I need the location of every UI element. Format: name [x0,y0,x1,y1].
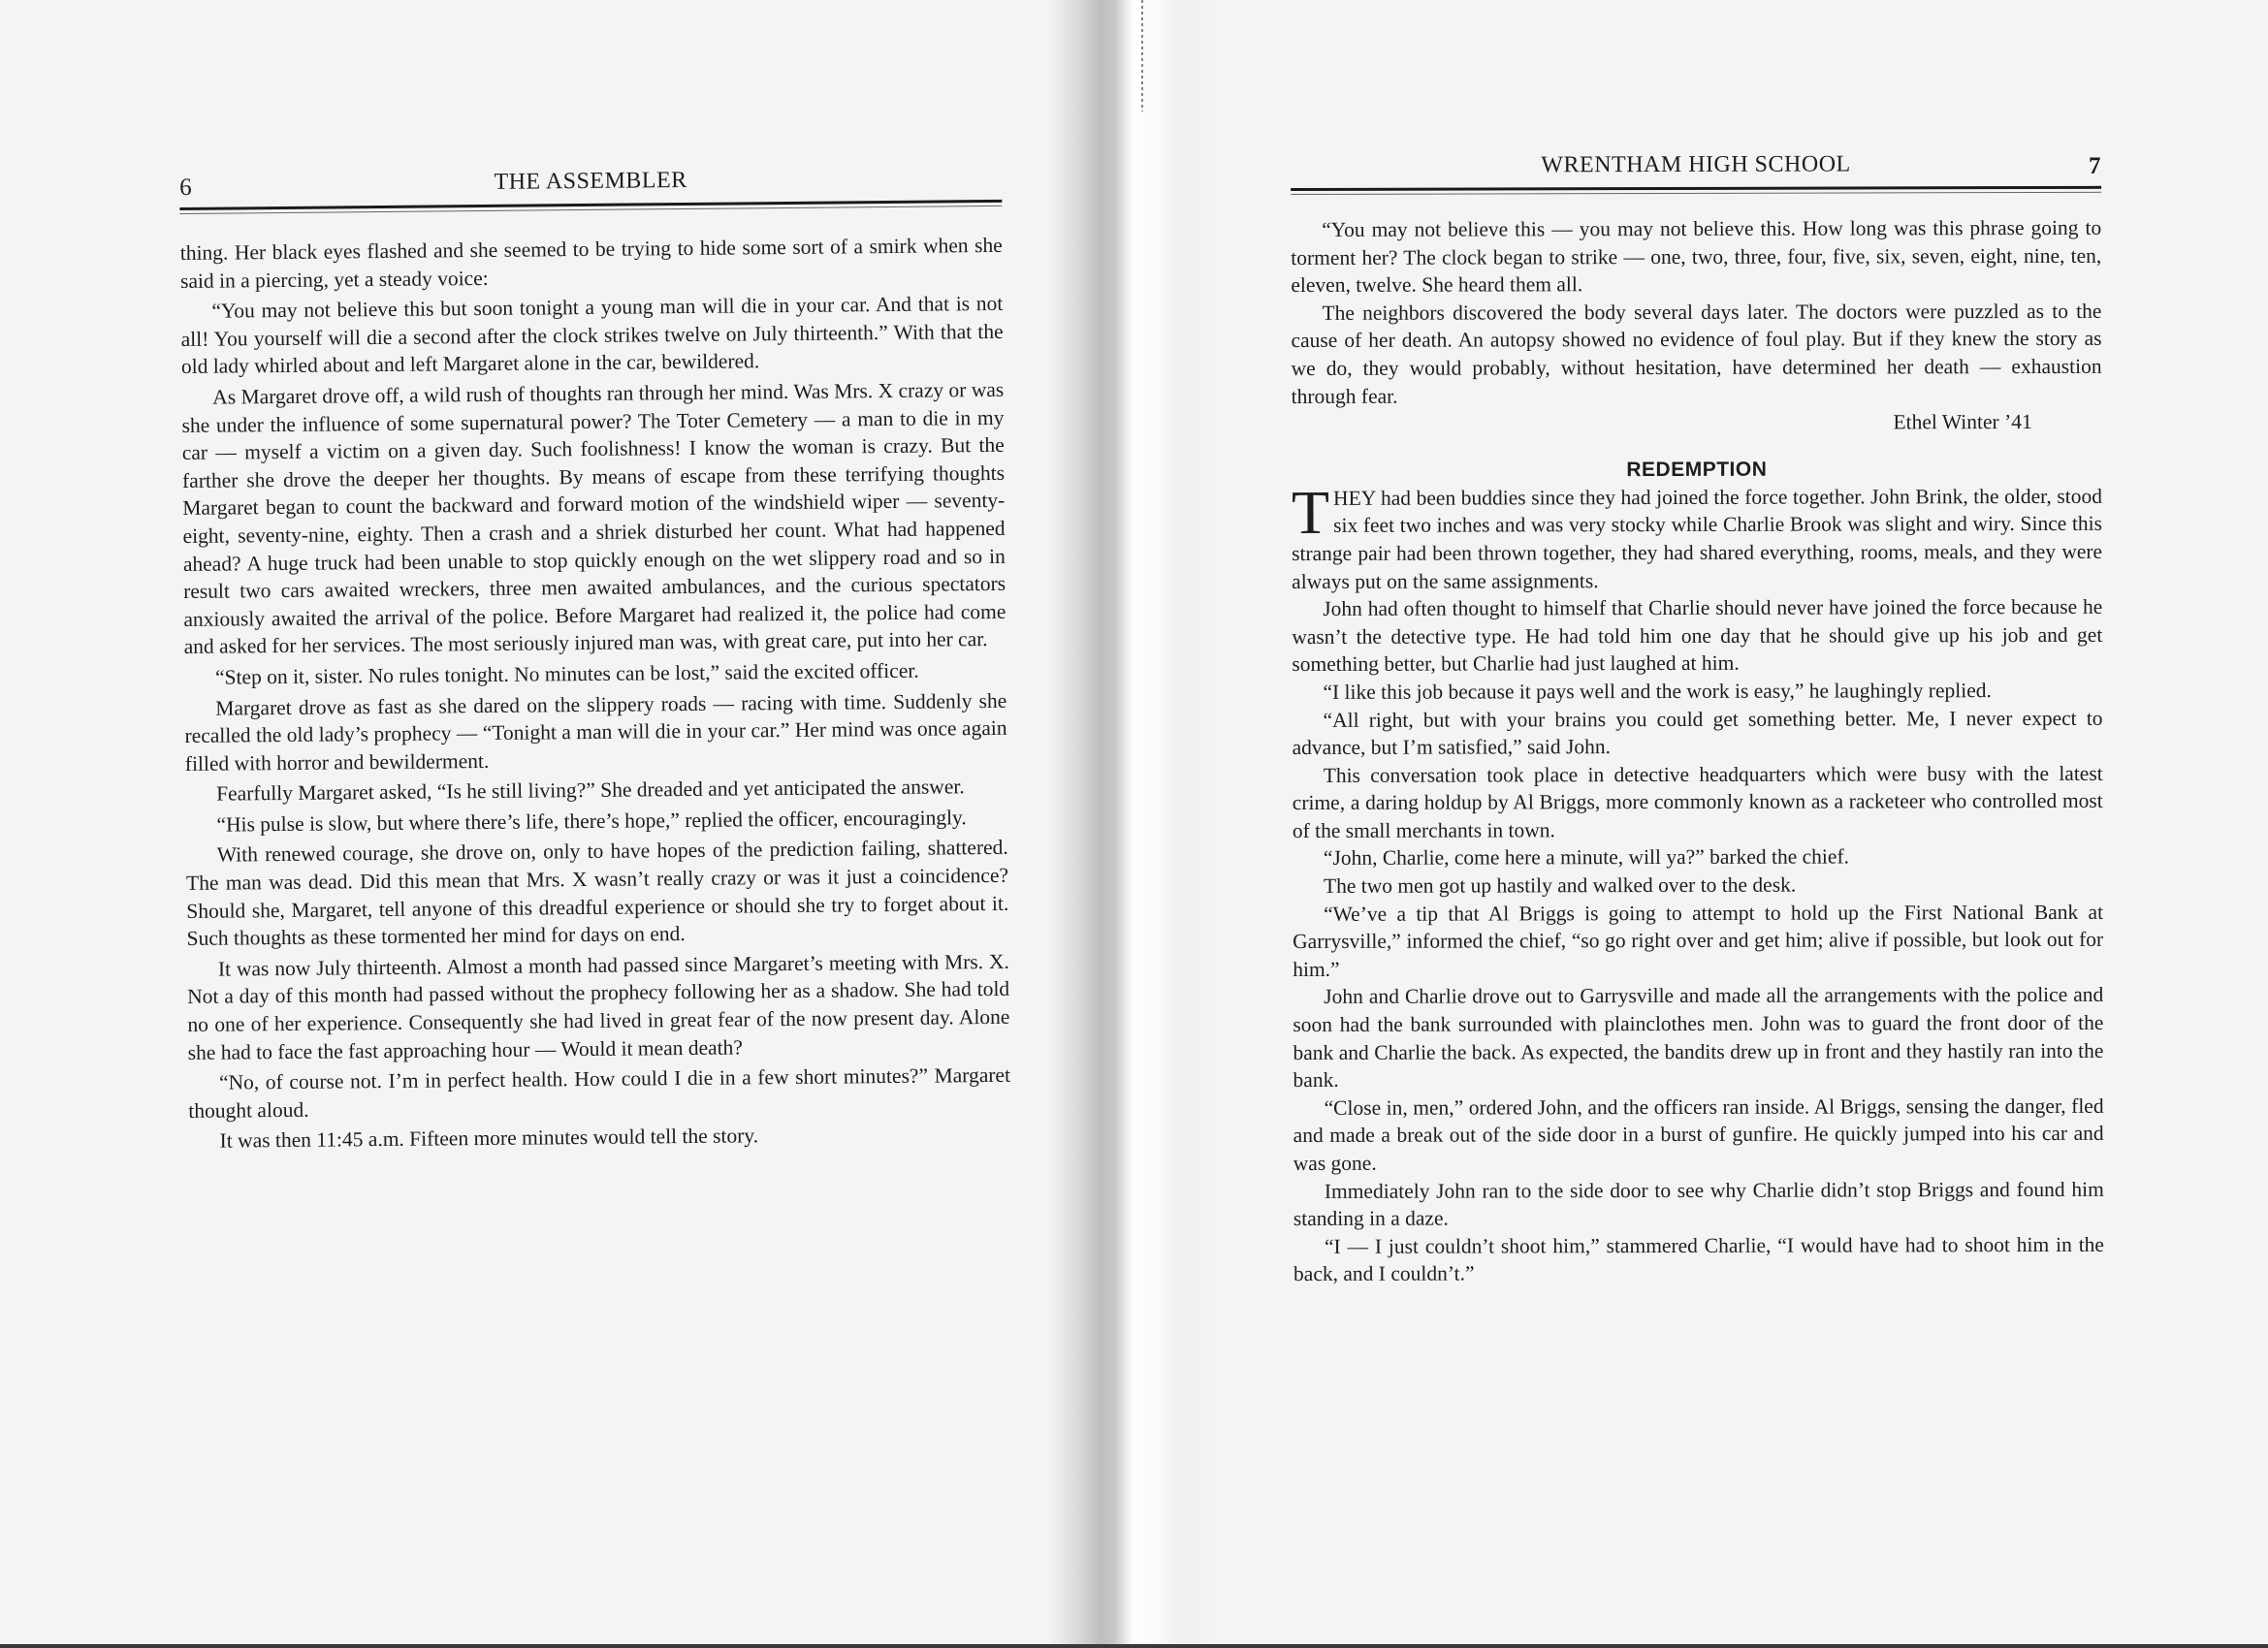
school-title: WRENTHAM HIGH SCHOOL [1291,151,2101,179]
author-byline: Ethel Winter ’41 [1292,408,2102,438]
paragraph: Immediately John ran to the side door to… [1294,1175,2104,1232]
paragraph: As Margaret drove off, a wild rush of th… [181,376,1006,661]
paragraph: “I — I just couldn’t shoot him,” stammer… [1294,1231,2104,1288]
running-head: 6 THE ASSEMBLER [179,165,1002,206]
paragraph: John and Charlie drove out to Garrysvill… [1293,981,2103,1094]
paragraph: It was now July thirteenth. Almost a mon… [187,948,1010,1067]
page-number: 7 [2089,153,2101,180]
story-ending: “You may not believe this — you may not … [1291,214,2102,410]
first-paragraph-text: HEY had been buddies since they had join… [1292,485,2102,593]
paragraph: The two men got up hastily and walked ov… [1293,871,2103,901]
paragraph: thing. Her black eyes flashed and she se… [180,232,1004,295]
paragraph: Fearfully Margaret asked, “Is he still l… [185,773,1007,808]
paragraph: “We’ve a tip that Al Briggs is going to … [1293,898,2103,983]
paragraph: Margaret drove as fast as she dared on t… [184,686,1007,777]
paragraph: “John, Charlie, come here a minute, will… [1293,842,2103,872]
paragraph: “No, of course not. I’m in perfect healt… [188,1062,1011,1125]
spine-stitching [1141,0,1143,111]
paragraph: “I like this job because it pays well an… [1292,677,2102,707]
story-title: REDEMPTION [1292,456,2102,485]
paragraph: “All right, but with your brains you cou… [1292,704,2102,761]
paragraph: “You may not believe this but soon tonig… [180,290,1004,381]
story-text: “You may not believe this — you may not … [1291,214,2104,1288]
left-page: 6 THE ASSEMBLER thing. Her black eyes fl… [179,165,1011,1156]
scan-bottom-edge [0,1644,2268,1648]
header-rule [1291,186,2101,191]
story-body: John had often thought to himself that C… [1292,593,2104,1288]
paragraph: “Close in, men,” ordered John, and the o… [1294,1093,2104,1178]
story-text: thing. Her black eyes flashed and she se… [180,232,1011,1156]
right-page: WRENTHAM HIGH SCHOOL 7 “You may not beli… [1291,151,2104,1288]
paragraph: “His pulse is slow, but where there’s li… [185,804,1007,840]
header-rule-thin [1291,192,2101,195]
paragraph: With renewed courage, she drove on, only… [186,834,1009,953]
paragraph: John had often thought to himself that C… [1292,593,2102,679]
paragraph: “Step on it, sister. No rules tonight. N… [184,656,1006,692]
drop-cap: T [1292,485,1329,537]
first-paragraph: THEY had been buddies since they had joi… [1292,483,2102,596]
paragraph: “You may not believe this — you may not … [1291,214,2101,300]
paragraph: The neighbors discovered the body severa… [1291,298,2101,411]
paragraph: This conversation took place in detectiv… [1293,759,2103,844]
running-head: WRENTHAM HIGH SCHOOL 7 [1291,151,2101,186]
